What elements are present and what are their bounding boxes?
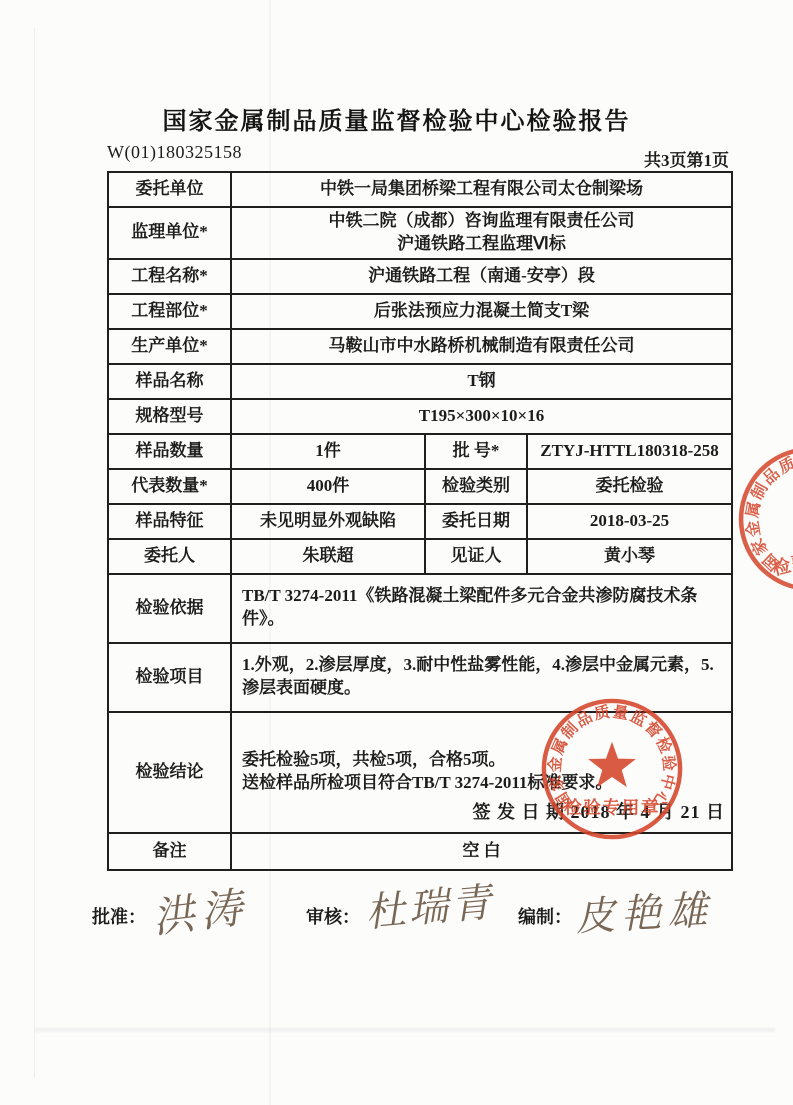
approve-signature: 洪涛 bbox=[149, 874, 252, 945]
table-row: 样品数量 1件 批 号* ZTYJ-HTTL180318-258 bbox=[108, 434, 732, 469]
row-label2: 批 号* bbox=[425, 434, 527, 469]
supervisor-line1: 中铁二院（成都）咨询监理有限责任公司 bbox=[238, 210, 725, 233]
row-value: 未见明显外观缺陷 bbox=[231, 504, 425, 539]
page-title: 国家金属制品质量监督检验中心检验报告 bbox=[0, 101, 793, 136]
conclusion-line1: 委托检验5项，共检5项，合格5项。 bbox=[242, 749, 721, 772]
row-label2: 见证人 bbox=[425, 539, 527, 574]
row-value2: ZTYJ-HTTL180318-258 bbox=[527, 434, 732, 469]
row-label: 检验结论 bbox=[108, 712, 231, 833]
table-row: 样品名称 T钢 bbox=[108, 364, 732, 399]
inspection-conclusion: 委托检验5项，共检5项，合格5项。 送检样品所检项目符合TB/T 3274-20… bbox=[231, 712, 732, 833]
approve-label: 批准： bbox=[92, 903, 146, 929]
row-value: 中铁二院（成都）咨询监理有限责任公司 沪通铁路工程监理Ⅵ标 bbox=[231, 207, 732, 259]
prepare-signature: 皮艳雄 bbox=[574, 878, 715, 942]
table-row: 工程部位* 后张法预应力混凝土简支T梁 bbox=[108, 294, 732, 329]
review-signature: 杜瑞青 bbox=[363, 870, 496, 938]
row-label: 检验依据 bbox=[108, 574, 231, 643]
row-label: 工程名称* bbox=[108, 259, 231, 294]
supervisor-line2: 沪通铁路工程监理Ⅵ标 bbox=[238, 233, 725, 256]
row-label: 备注 bbox=[108, 833, 231, 870]
inspection-items: 1.外观，2.渗层厚度，3.耐中性盐雾性能，4.渗层中金属元素，5.渗层表面硬度… bbox=[231, 643, 732, 712]
prepare-label: 编制： bbox=[518, 903, 572, 929]
row-label: 工程部位* bbox=[108, 294, 231, 329]
row-label: 样品数量 bbox=[108, 434, 231, 469]
table-row: 监理单位* 中铁二院（成都）咨询监理有限责任公司 沪通铁路工程监理Ⅵ标 bbox=[108, 207, 732, 259]
row-label2: 委托日期 bbox=[425, 504, 527, 539]
row-label: 规格型号 bbox=[108, 399, 231, 434]
table-row: 代表数量* 400件 检验类别 委托检验 bbox=[108, 469, 732, 504]
table-row: 检验依据 TB/T 3274-2011《铁路混凝土梁配件多元合金共渗防腐技术条件… bbox=[108, 574, 732, 643]
row-label: 样品特征 bbox=[108, 504, 231, 539]
row-value: 后张法预应力混凝土简支T梁 bbox=[231, 294, 732, 329]
conclusion-line2: 送检样品所检项目符合TB/T 3274-2011标准要求。 bbox=[242, 772, 721, 795]
table-row: 规格型号 T195×300×10×16 bbox=[108, 399, 732, 434]
row-value: T195×300×10×16 bbox=[231, 399, 732, 434]
svg-text:国家金属制品质量监督检验中心: 国家金属制品质量监督检验中心 bbox=[728, 436, 793, 579]
row-value: 中铁一局集团桥梁工程有限公司太仓制梁场 bbox=[231, 172, 732, 207]
row-label: 委托单位 bbox=[108, 172, 231, 207]
paper-edge-shadow bbox=[34, 28, 35, 1078]
table-row: 样品特征 未见明显外观缺陷 委托日期 2018-03-25 bbox=[108, 504, 732, 539]
sign-date: 签 发 日 期 2018 年 4 月 21 日 bbox=[473, 800, 726, 824]
row-label: 样品名称 bbox=[108, 364, 231, 399]
table-row: 工程名称* 沪通铁路工程（南通-安亭）段 bbox=[108, 259, 732, 294]
row-value: 朱联超 bbox=[231, 539, 425, 574]
review-label: 审核： bbox=[306, 903, 360, 929]
row-label: 代表数量* bbox=[108, 469, 231, 504]
row-value: T钢 bbox=[231, 364, 732, 399]
table-row: 检验项目 1.外观，2.渗层厚度，3.耐中性盐雾性能，4.渗层中金属元素，5.渗… bbox=[108, 643, 732, 712]
row-value2: 2018-03-25 bbox=[527, 504, 732, 539]
row-value: 马鞍山市中水路桥机械制造有限责任公司 bbox=[231, 329, 732, 364]
row-value: 400件 bbox=[231, 469, 425, 504]
row-label2: 检验类别 bbox=[425, 469, 527, 504]
remarks-value: 空 白 bbox=[231, 833, 732, 870]
inspection-basis: TB/T 3274-2011《铁路混凝土梁配件多元合金共渗防腐技术条件》。 bbox=[231, 574, 732, 643]
table-row: 委托单位 中铁一局集团桥梁工程有限公司太仓制梁场 bbox=[108, 172, 732, 207]
report-table: 委托单位 中铁一局集团桥梁工程有限公司太仓制梁场 监理单位* 中铁二院（成都）咨… bbox=[107, 171, 733, 871]
row-label: 检验项目 bbox=[108, 643, 231, 712]
row-label: 生产单位* bbox=[108, 329, 231, 364]
table-row: 检验结论 委托检验5项，共检5项，合格5项。 送检样品所检项目符合TB/T 32… bbox=[108, 712, 732, 833]
row-value: 沪通铁路工程（南通-安亭）段 bbox=[231, 259, 732, 294]
page-count: 共3页第1页 bbox=[644, 146, 729, 171]
table-row: 生产单位* 马鞍山市中水路桥机械制造有限责任公司 bbox=[108, 329, 732, 364]
table-row: 备注 空 白 bbox=[108, 833, 732, 870]
row-value2: 委托检验 bbox=[527, 469, 732, 504]
report-number: W(01)180325158 bbox=[107, 142, 242, 163]
row-value2: 黄小琴 bbox=[527, 539, 732, 574]
report-page: 国家金属制品质量监督检验中心检验报告 W(01)180325158 共3页第1页… bbox=[0, 0, 793, 1105]
row-label: 监理单位* bbox=[108, 207, 231, 259]
row-value: 1件 bbox=[231, 434, 425, 469]
row-label: 委托人 bbox=[108, 539, 231, 574]
table-row: 委托人 朱联超 见证人 黄小琴 bbox=[108, 539, 732, 574]
stamp-label: 检验专用章 bbox=[770, 535, 793, 579]
scan-artifact-band bbox=[35, 1028, 775, 1032]
stamp-ring-text: 国家金属制品质量监督检验中心 bbox=[728, 436, 793, 579]
